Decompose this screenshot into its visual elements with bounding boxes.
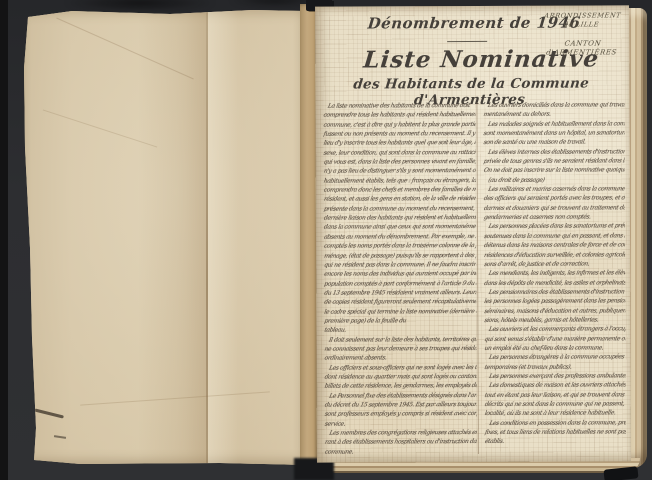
handwritten-line: les personnes logées passagèrement dans … <box>483 297 626 307</box>
handwritten-line: comptés les noms portés dans la troisièm… <box>323 241 477 251</box>
handwritten-line: Les domestiques de maison et les ouvrier… <box>484 381 626 391</box>
scanned-register-photo: Dénombrement de 1946 ARRONDISSEMENT de L… <box>0 0 652 480</box>
title-underline <box>447 41 487 42</box>
handwritten-line: commune. <box>324 447 477 457</box>
handwritten-line: Il doit seulement sur la liste des habit… <box>323 335 476 345</box>
handwritten-line: son de santé ou une maison de travail. <box>483 138 626 148</box>
edge-tear-mark <box>34 408 64 418</box>
arrondissement-line1: ARRONDISSEMENT <box>537 11 628 20</box>
arrondissement-line2: de LILLE <box>536 20 627 29</box>
instructions-right-column: Les ouvriers domiciliés dans la commune … <box>482 100 626 457</box>
handwritten-line: billets de cette résidence, les gendarme… <box>324 381 477 391</box>
handwritten-line: On ne doit pas inscrire sur la liste nom… <box>483 166 626 176</box>
handwritten-line: mentanément au dehors. <box>483 110 626 120</box>
handwritten-line: tableau. <box>323 325 477 335</box>
scan-mat-left-strip <box>0 0 8 480</box>
handwritten-line: des officiers qui seraient portés avec l… <box>483 194 626 204</box>
fold-highlight <box>208 8 238 468</box>
background-shadow <box>65 0 215 12</box>
handwritten-line: Les personnes placées dans les sanatoriu… <box>483 222 626 232</box>
handwritten-line: séminaires, maisons d'éducation et autre… <box>483 306 626 316</box>
handwritten-line: dans les dépôts de mendicité, les asiles… <box>483 278 626 288</box>
handwritten-line: Les personnes étrangères à la commune oc… <box>484 353 626 363</box>
left-blank-page <box>20 8 304 468</box>
handwritten-line: Les mendiants, les indigents, les infirm… <box>483 269 626 279</box>
handwritten-line: ménage, (état de passage) puisqu'ils se … <box>323 250 477 260</box>
handwritten-line: résidences d'éducation surveillée, et co… <box>483 250 626 260</box>
handwritten-line: rant à des établissements hospitaliers o… <box>324 437 477 447</box>
handwritten-line: encore les noms des individus qui auraie… <box>323 269 477 279</box>
handwritten-line: le cadre spécial qui termine la liste no… <box>323 307 477 317</box>
dark-corner-notch <box>603 466 638 480</box>
arrondissement-annotation: ARRONDISSEMENT de LILLE <box>536 11 628 29</box>
handwritten-line: qui sont venus s'établir d'une manière p… <box>483 334 625 344</box>
handwritten-line: n'y a pas lieu de distinguer s'ils y son… <box>323 166 477 176</box>
handwritten-line: sont professeurs employés y compris si r… <box>324 409 477 419</box>
handwritten-line: résident, et aussi les gens en station, … <box>323 194 477 204</box>
handwritten-line: ordinairement absents. <box>324 353 477 363</box>
handwritten-line: Les ouvriers et les commerçants étranger… <box>483 325 626 335</box>
handwritten-line: dans la commune ainsi que ceux qui sont … <box>323 222 477 232</box>
instructions-left-column: La liste nominative des habitants de la … <box>322 101 477 458</box>
column-divider-rule <box>476 102 479 454</box>
pencil-mark <box>54 435 66 439</box>
handwritten-line: de copies résident figureront seulement … <box>323 297 477 307</box>
main-title: Liste Nominative <box>362 45 601 73</box>
handwritten-line: établis. <box>484 437 626 447</box>
handwritten-line: population comptés à part conformément à… <box>323 279 477 289</box>
handwritten-line: lieu d'y inscrire tous les habitants que… <box>323 138 477 148</box>
handwritten-line: détenus dans les maisons centrales de fo… <box>483 240 626 250</box>
right-written-page: Dénombrement de 1946 ARRONDISSEMENT de L… <box>315 5 631 462</box>
handwritten-line: comprendre tous les habitants qui réside… <box>323 110 477 120</box>
handwritten-line: localité, où ils ne sont à leur résidenc… <box>484 409 626 419</box>
handwritten-line: temporaires (et travaux publics). <box>484 362 626 372</box>
